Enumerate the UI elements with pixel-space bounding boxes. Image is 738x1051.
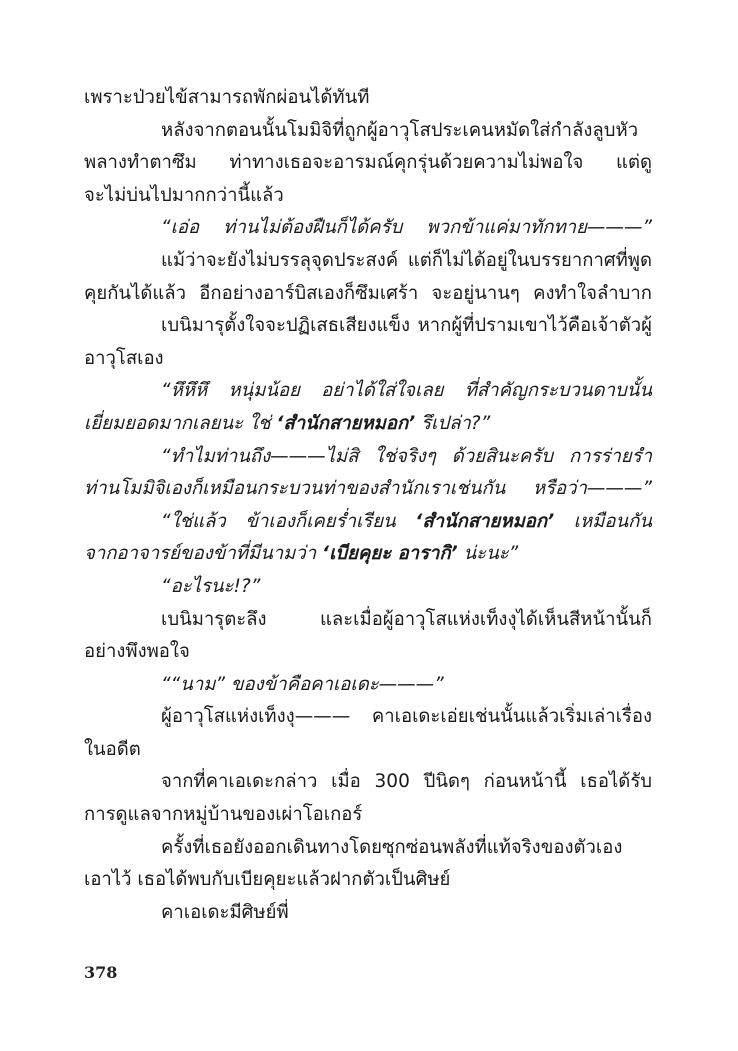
text-segment: ผู้อาวุโสแห่งเท็งงุ——— คาเอเดะเอ่ยเช่นนั… [161, 706, 652, 727]
emphasized-name: ‘เบียคุยะ อารากิ’ [322, 543, 458, 564]
text-line: “อะไรนะ!?” [84, 571, 652, 604]
text-segment: การดูแลจากหมู่บ้านของเผ่าโอเกอร์ [84, 804, 362, 825]
text-line: คาเอเดะมีศิษย์พี่ [84, 897, 652, 930]
text-segment: ท่านโมมิจิเองก็เหมือนกระบวนท่าของสำนักเร… [84, 478, 652, 499]
text-line: เบนิมารุตั้งใจจะปฏิเสธเสียงแข็ง หากผู้ที… [84, 310, 652, 343]
text-segment: อาวุโสเอง [84, 348, 164, 369]
text-segment: จากอาจารย์ของข้าที่มีนามว่า [84, 543, 322, 564]
text-line: แม้ว่าจะยังไม่บรรลุจุดประสงค์ แต่ก็ไม่ได… [84, 245, 652, 278]
text-segment: คาเอเดะมีศิษย์พี่ [161, 902, 289, 923]
text-line: การดูแลจากหมู่บ้านของเผ่าโอเกอร์ [84, 799, 652, 832]
text-segment: ““นาม” ของข้าคือคาเอเดะ———” [161, 674, 444, 695]
text-segment: หลังจากตอนนั้นโมมิจิที่ถูกผู้อาวุโสประเค… [161, 120, 638, 141]
text-line: อย่างพึงพอใจ [84, 636, 652, 669]
text-segment: เหมือนกัน [554, 511, 652, 532]
text-line: “ทำไมท่านถึง———ไม่สิ ใช่จริงๆ ด้วยสินะคร… [84, 441, 652, 474]
text-line: ในอดีต [84, 734, 652, 767]
text-segment: “อะไรนะ!?” [161, 576, 260, 597]
emphasized-name: ‘สำนักสายหมอก’ [415, 511, 554, 532]
text-line: “เอ่อ ท่านไม่ต้องฝืนก็ได้ครับ พวกข้าแค่ม… [84, 212, 652, 245]
text-segment: ในอดีต [84, 739, 141, 760]
text-line: จะไม่บ่นไปมากกว่านี้แล้ว [84, 180, 652, 213]
text-line: “หึหึหึ หนุ่มน้อย อย่าได้ใส่ใจเลย ที่สำค… [84, 375, 652, 408]
body-text: เพราะป่วยไข้สามารถพักผ่อนได้ทันทีหลังจาก… [84, 82, 652, 929]
text-segment: “เอ่อ ท่านไม่ต้องฝืนก็ได้ครับ พวกข้าแค่ม… [161, 217, 652, 238]
text-line: จากที่คาเอเดะกล่าว เมื่อ 300 ปีนิดๆ ก่อน… [84, 766, 652, 799]
text-segment: เอาไว้ เธอได้พบกับเบียคุยะแล้วฝากตัวเป็น… [84, 869, 450, 890]
text-segment: เบนิมารุตั้งใจจะปฏิเสธเสียงแข็ง หากผู้ที… [161, 315, 652, 336]
text-segment: เบนิมารุตะลึง และเมื่อผู้อาวุโสแห่งเท็งง… [161, 609, 652, 637]
text-line: เพราะป่วยไข้สามารถพักผ่อนได้ทันที [84, 82, 652, 115]
text-segment: น่ะนะ” [458, 543, 519, 564]
page-number: 378 [84, 963, 117, 982]
text-line: หลังจากตอนนั้นโมมิจิที่ถูกผู้อาวุโสประเค… [84, 115, 652, 148]
text-line: ผู้อาวุโสแห่งเท็งงุ——— คาเอเดะเอ่ยเช่นนั… [84, 701, 652, 734]
text-segment: จะไม่บ่นไปมากกว่านี้แล้ว [84, 185, 284, 206]
text-segment: แม้ว่าจะยังไม่บรรลุจุดประสงค์ แต่ก็ไม่ได… [161, 250, 652, 271]
text-line: เอาไว้ เธอได้พบกับเบียคุยะแล้วฝากตัวเป็น… [84, 864, 652, 897]
text-segment: “ทำไมท่านถึง———ไม่สิ ใช่จริงๆ ด้วยสินะคร… [161, 446, 652, 474]
text-segment: คุยกันได้แล้ว อีกอย่างอาร์บิสเองก็ซึมเศร… [84, 283, 652, 304]
text-segment: “หึหึหึ หนุ่มน้อย อย่าได้ใส่ใจเลย ที่สำค… [161, 380, 652, 401]
text-line: ““นาม” ของข้าคือคาเอเดะ———” [84, 669, 652, 702]
text-line: คุยกันได้แล้ว อีกอย่างอาร์บิสเองก็ซึมเศร… [84, 278, 652, 311]
emphasized-name: ‘สำนักสายหมอก’ [276, 413, 415, 434]
text-line: อาวุโสเอง [84, 343, 652, 376]
text-segment: เยี่ยมยอดมากเลยนะ ใช่ [84, 413, 276, 434]
text-segment: รึเปล่า?” [415, 413, 490, 434]
text-segment: เพราะป่วยไข้สามารถพักผ่อนได้ทันที [84, 87, 369, 108]
text-line: ท่านโมมิจิเองก็เหมือนกระบวนท่าของสำนักเร… [84, 473, 652, 506]
text-line: เบนิมารุตะลึง และเมื่อผู้อาวุโสแห่งเท็งง… [84, 604, 652, 637]
text-line: เยี่ยมยอดมากเลยนะ ใช่ ‘สำนักสายหมอก’ รึเ… [84, 408, 652, 441]
text-segment: พลางทำตาซึม ท่าทางเธอจะอารมณ์คุกรุ่นด้วย… [84, 152, 652, 180]
text-line: ครั้งที่เธอยังออกเดินทางโดยซุกซ่อนพลังที… [84, 832, 652, 865]
text-line: พลางทำตาซึม ท่าทางเธอจะอารมณ์คุกรุ่นด้วย… [84, 147, 652, 180]
text-segment: ครั้งที่เธอยังออกเดินทางโดยซุกซ่อนพลังที… [161, 837, 622, 858]
text-segment: อย่างพึงพอใจ [84, 641, 190, 662]
book-page: เพราะป่วยไข้สามารถพักผ่อนได้ทันทีหลังจาก… [0, 0, 738, 1051]
text-line: “ใช่แล้ว ข้าเองก็เคยร่ำเรียน ‘สำนักสายหม… [84, 506, 652, 539]
text-segment: จากที่คาเอเดะกล่าว เมื่อ 300 ปีนิดๆ ก่อน… [161, 771, 652, 792]
text-line: จากอาจารย์ของข้าที่มีนามว่า ‘เบียคุยะ อา… [84, 538, 652, 571]
text-segment: “ใช่แล้ว ข้าเองก็เคยร่ำเรียน [161, 511, 415, 532]
